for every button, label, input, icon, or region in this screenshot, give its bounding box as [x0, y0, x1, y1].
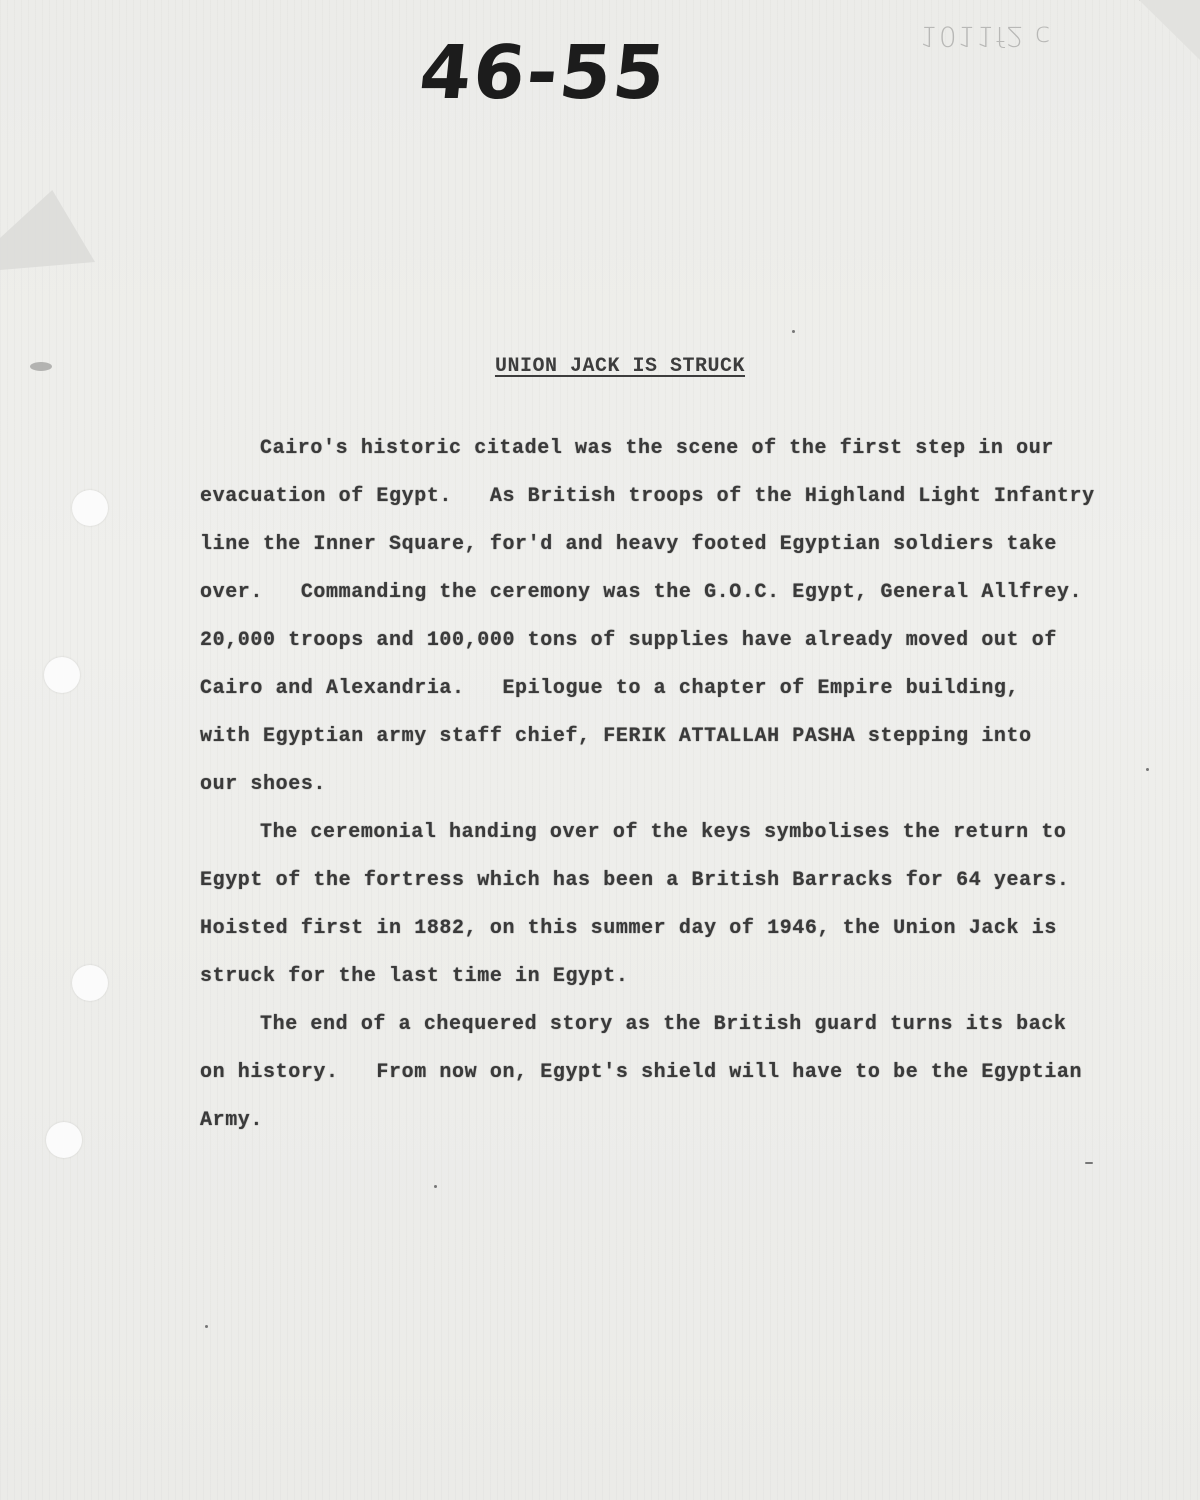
text-line: The end of a chequered story as the Brit… — [200, 1001, 1100, 1049]
stray-mark — [1146, 768, 1149, 771]
pencil-annotation: 1011f2 c — [920, 20, 1051, 53]
paragraph-3: The end of a chequered story as the Brit… — [200, 1001, 1100, 1145]
document-body: Cairo's historic citadel was the scene o… — [200, 425, 1100, 1145]
punch-hole — [72, 490, 108, 526]
handwritten-file-number: 46-55 — [415, 30, 671, 116]
document-page: 1011f2 c 46-55 UNION JACK IS STRUCK Cair… — [0, 0, 1200, 1500]
text-line: over. Commanding the ceremony was the G.… — [200, 569, 1100, 617]
text-line: Hoisted first in 1882, on this summer da… — [200, 905, 1100, 953]
stray-mark — [205, 1325, 208, 1328]
text-line: our shoes. — [200, 761, 1100, 809]
stray-mark — [792, 330, 795, 333]
text-line: Cairo's historic citadel was the scene o… — [200, 425, 1100, 473]
punch-hole — [46, 1122, 82, 1158]
text-line: The ceremonial handing over of the keys … — [200, 809, 1100, 857]
punch-hole — [44, 657, 80, 693]
paragraph-2: The ceremonial handing over of the keys … — [200, 809, 1100, 1001]
text-line: Egypt of the fortress which has been a B… — [200, 857, 1100, 905]
folded-corner-right — [1139, 0, 1200, 60]
text-line: line the Inner Square, for'd and heavy f… — [200, 521, 1100, 569]
text-line: on history. From now on, Egypt's shield … — [200, 1049, 1100, 1097]
paragraph-1: Cairo's historic citadel was the scene o… — [200, 425, 1100, 809]
stray-mark — [434, 1185, 437, 1188]
text-line: evacuation of Egypt. As British troops o… — [200, 473, 1100, 521]
text-line: struck for the last time in Egypt. — [200, 953, 1100, 1001]
text-line: Army. — [200, 1097, 1100, 1145]
text-line: with Egyptian army staff chief, FERIK AT… — [200, 713, 1100, 761]
punch-hole — [72, 965, 108, 1001]
text-line: Cairo and Alexandria. Epilogue to a chap… — [200, 665, 1100, 713]
document-title: UNION JACK IS STRUCK — [0, 355, 1200, 378]
folded-corner-left — [0, 190, 95, 270]
stray-mark — [1085, 1162, 1093, 1164]
text-line: 20,000 troops and 100,000 tons of suppli… — [200, 617, 1100, 665]
